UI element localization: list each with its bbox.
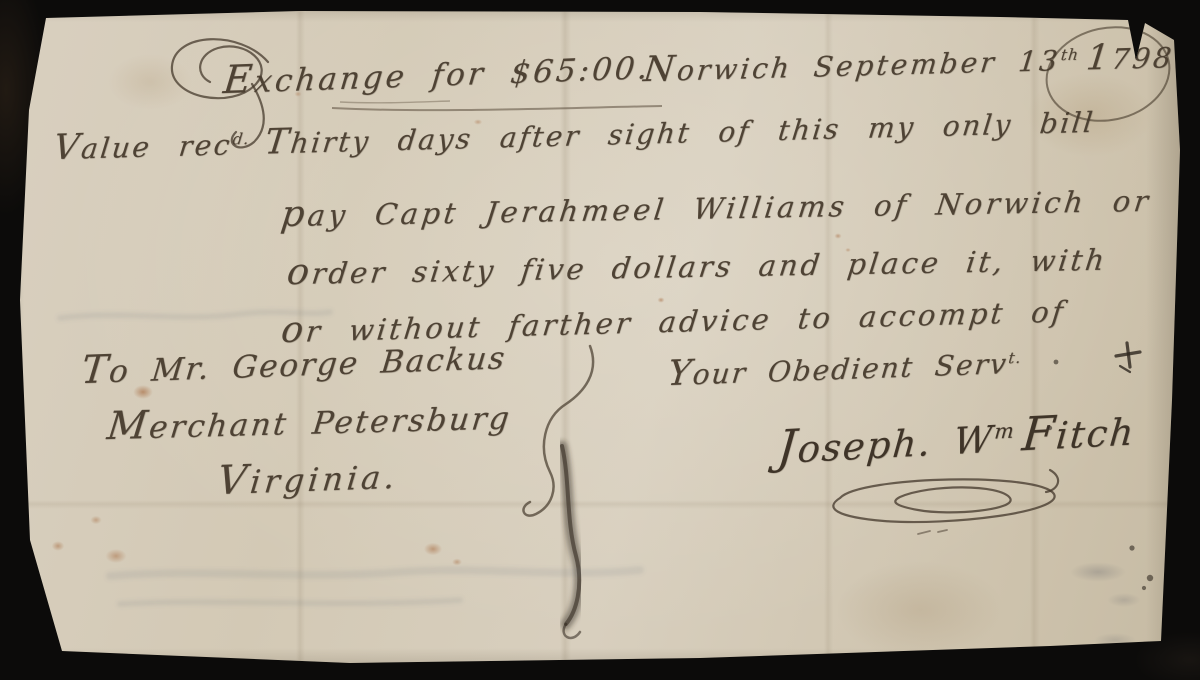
edge-ink-specks (1048, 360, 1153, 591)
closing-sup: t. (1007, 349, 1022, 368)
exchange-amount-text: Exchange for $65:00. (221, 43, 653, 103)
paper-sheet: Exchange for $65:00. Norwich September 1… (0, 0, 1200, 680)
addressee-name-line: To Mr. George Backus (79, 333, 509, 393)
body-order-text: order sixty five dollars and place it, w… (285, 236, 1110, 293)
signature-line: Joseph. WmFitch (775, 401, 1138, 474)
addressee-state-text: Virginia. (215, 452, 401, 505)
photo-background: Exchange for $65:00. Norwich September 1… (0, 0, 1200, 680)
body-value-prefix: Value rec (51, 123, 234, 168)
edge-cross-mark-icon (1116, 343, 1140, 372)
place-date-line: Norwich September 13th1798. (641, 36, 1188, 90)
signature-rest: Fitch (1020, 401, 1138, 461)
addressee-state-line: Virginia. (215, 452, 401, 505)
ink-smudge (562, 446, 580, 638)
body-pay-text: pay Capt Jerahmeel Williams of Norwich o… (279, 177, 1155, 235)
amount-underline (332, 101, 662, 110)
closing-line: Your Obedient Servt. (666, 342, 1023, 395)
addressee-name-text: To Mr. George Backus (79, 333, 509, 393)
place-date-prefix: Norwich September 13 (641, 39, 1062, 90)
place-date-year: 1798. (1084, 36, 1188, 79)
addressee-city-text: Merchant Petersburg (105, 393, 514, 449)
signature-flourish-icon (833, 470, 1058, 534)
closing-text: Your Obedient Serv (666, 342, 1010, 394)
body-value-sup: d. (232, 130, 251, 148)
body-line-pay: pay Capt Jerahmeel Williams of Norwich o… (279, 177, 1155, 235)
exchange-amount-line: Exchange for $65:00. (221, 43, 653, 103)
signature-sup: m (993, 418, 1015, 443)
body-line-order: order sixty five dollars and place it, w… (285, 236, 1110, 293)
body-value-rest: Thirty days after sight of this my only … (263, 101, 1098, 163)
addressee-city-line: Merchant Petersburg (105, 393, 514, 449)
place-date-ordinal: th (1060, 46, 1080, 65)
signature-prefix: Joseph. W (775, 409, 996, 475)
center-brace-flourish-icon (523, 346, 593, 516)
body-line-value: Value recd.Thirty days after sight of th… (51, 101, 1097, 168)
